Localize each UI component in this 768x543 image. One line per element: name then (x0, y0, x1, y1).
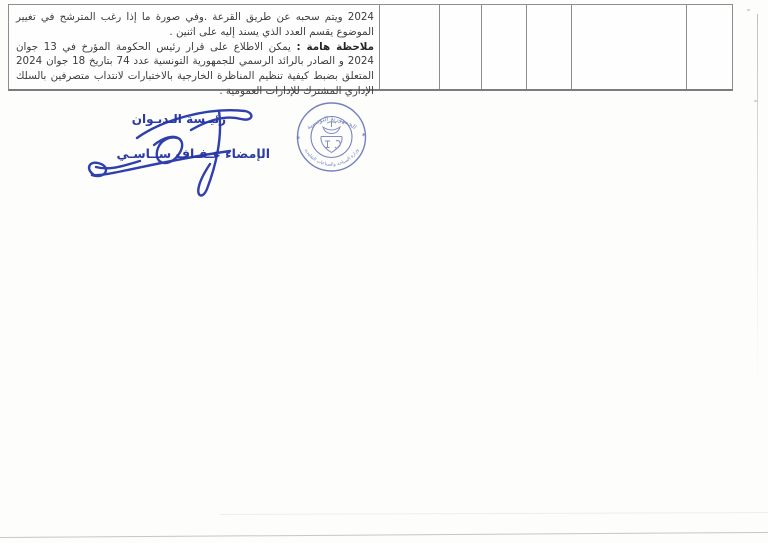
table-empty-cell (527, 5, 573, 89)
table-empty-cell (572, 5, 687, 89)
table-empty-cell (687, 5, 732, 89)
document-table: 2024 ويتم سحبه عن طريق القرعة .وفي صورة … (8, 4, 733, 91)
page-edge-shadow-right (757, 14, 758, 394)
table-empty-cell (482, 5, 527, 89)
page-edge-shadow-bottom (0, 532, 768, 538)
table-notes-cell: 2024 ويتم سحبه عن طريق القرعة .وفي صورة … (9, 5, 380, 89)
notes-paragraph-1: 2024 ويتم سحبه عن طريق القرعة .وفي صورة … (16, 10, 374, 40)
table-empty-cell (440, 5, 482, 89)
official-round-stamp: الجمهورية التونسية وزارة السياحة والصناع… (293, 99, 370, 176)
scan-speck (754, 100, 757, 102)
page-edge-faint-line (220, 512, 768, 515)
stamp-star-right: ✶ (361, 131, 366, 139)
stamp-star-left: ✶ (296, 134, 301, 142)
handwritten-signature (82, 98, 268, 203)
scan-speck (747, 9, 750, 11)
notes-paragraph-2: ملاحظة هامة : يمكن الاطلاع على قرار رئيس… (16, 40, 374, 99)
important-note-label: ملاحظة هامة : (297, 41, 374, 53)
table-empty-cell (380, 5, 440, 89)
tunisia-coat-of-arms-icon (321, 121, 342, 153)
scanned-document-page: 2024 ويتم سحبه عن طريق القرعة .وفي صورة … (0, 0, 768, 543)
